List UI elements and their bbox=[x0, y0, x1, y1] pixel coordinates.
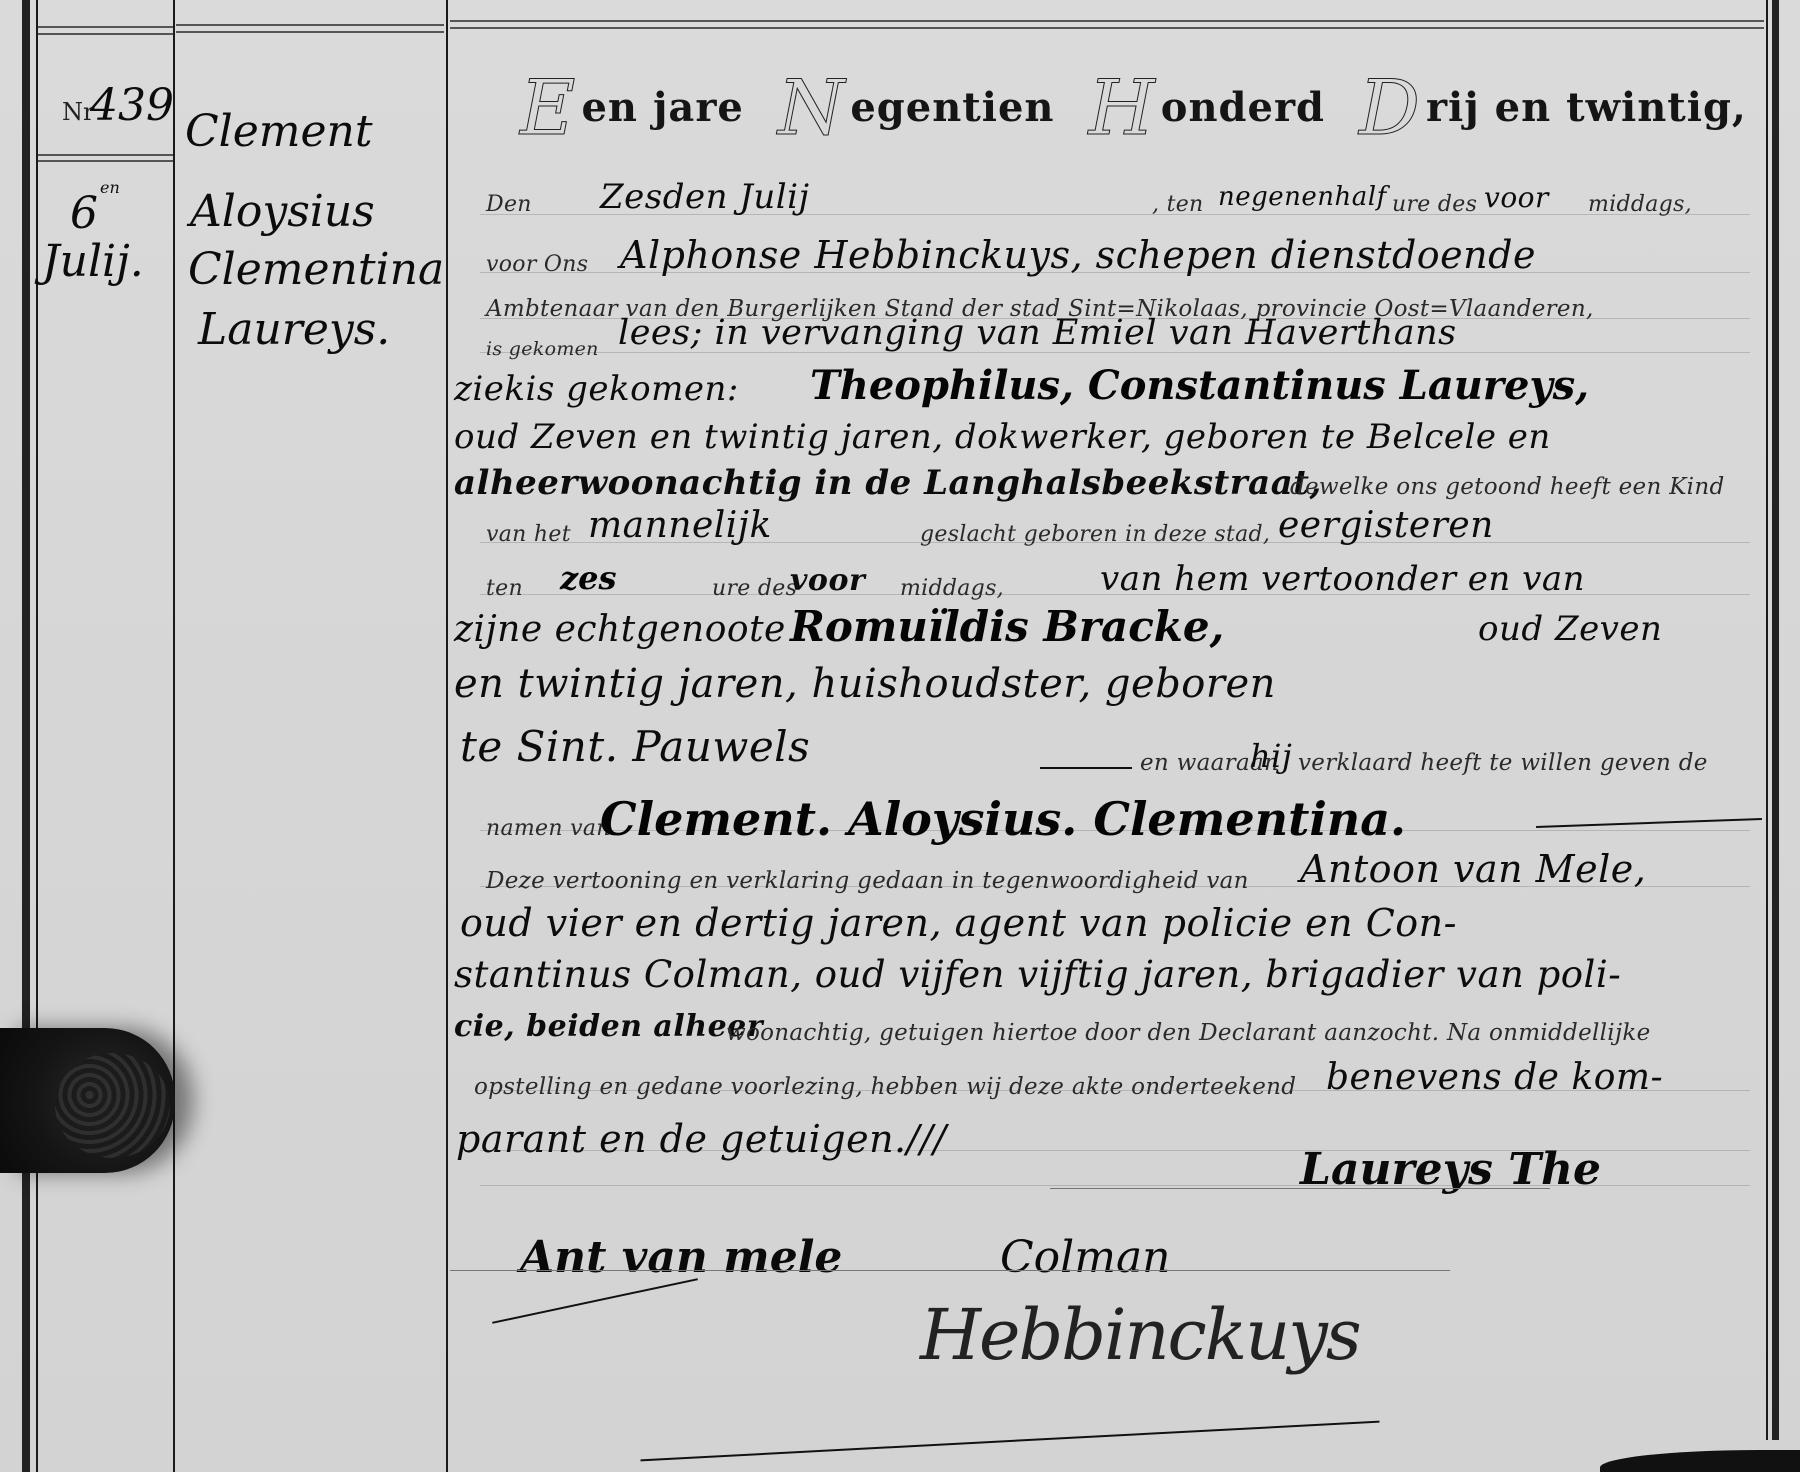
line-8-printed-1: ten bbox=[486, 578, 523, 600]
signature-line-2 bbox=[450, 1270, 1450, 1271]
line-11-hand-2: hij bbox=[1250, 740, 1292, 772]
child-name-3: Clementina bbox=[188, 248, 444, 292]
line-4-hand-bold: Theophilus, Constantinus Laureys, bbox=[810, 366, 1589, 406]
line-7-printed-1: van het bbox=[486, 524, 571, 546]
line-1-printed-1: voor Ons bbox=[486, 254, 588, 276]
line-6-printed-1: dewelke ons getoond heeft een Kind bbox=[1290, 476, 1724, 499]
line-12-printed-1: namen van bbox=[486, 818, 611, 840]
line-16-hand-1: cie, beiden alheer bbox=[454, 1012, 763, 1042]
line-0-hand-3: voor bbox=[1484, 184, 1549, 212]
register-page: Nr 439 6 en Julij. Clement Aloysius Clem… bbox=[0, 0, 1800, 1472]
child-name-1: Clement bbox=[185, 110, 373, 154]
title-word-1: en jare bbox=[581, 88, 743, 128]
line-17-hand-1: benevens de kom- bbox=[1326, 1060, 1663, 1096]
line-8-printed-2: ure des bbox=[712, 578, 797, 600]
line-4-hand-1: ziekis gekomen: bbox=[454, 372, 739, 406]
column-divider-1 bbox=[173, 0, 175, 1472]
top-rule-3 bbox=[176, 24, 444, 26]
line-14-hand-1: oud vier en dertig jaren, agent van poli… bbox=[460, 904, 1457, 942]
title-word-3: onderd bbox=[1161, 88, 1325, 128]
line-0-printed-4: middags, bbox=[1588, 194, 1692, 216]
line-11-dash bbox=[1040, 767, 1132, 769]
line-13-printed-1: Deze vertooning en verklaring gedaan in … bbox=[486, 870, 1249, 893]
top-rule-5 bbox=[450, 20, 1764, 22]
signature-official: Hebbinckuys bbox=[920, 1300, 1360, 1370]
line-10-hand-1: en twintig jaren, huishoudster, geboren bbox=[454, 664, 1276, 704]
top-rule-4 bbox=[176, 31, 444, 33]
title-cap-h: H bbox=[1089, 70, 1155, 146]
line-13-hand-1: Antoon van Mele, bbox=[1300, 850, 1646, 888]
line-3-hand-1: lees; in vervanging van Emiel van Havert… bbox=[618, 316, 1457, 351]
line-12-fill-line bbox=[1536, 818, 1762, 828]
child-name-2: Aloysius bbox=[190, 190, 375, 234]
gloved-finger bbox=[0, 1028, 175, 1173]
line-7-hand-1: mannelijk bbox=[588, 508, 772, 544]
line-6-hand-1: alheerwoonachtig in de Langhalsbeekstraa… bbox=[454, 466, 1322, 500]
title-word-2: egentien bbox=[850, 88, 1054, 128]
top-rule-6 bbox=[450, 27, 1764, 29]
line-8-hand-2: voor bbox=[790, 566, 865, 596]
line-9-hand-1: zijne echtgenoote bbox=[454, 612, 786, 648]
right-border-thick bbox=[1772, 0, 1779, 1440]
line-16-printed-1: woonachtig, getuigen hiertoe door den De… bbox=[726, 1022, 1651, 1045]
number-rule-1 bbox=[38, 154, 173, 156]
line-8-printed-3: middags, bbox=[900, 578, 1004, 600]
signature-line-1 bbox=[1050, 1188, 1550, 1189]
right-border-thin bbox=[1766, 0, 1768, 1440]
line-0-hand-1: Zesden Julij bbox=[600, 180, 810, 214]
signature-witness-1: Ant van mele bbox=[520, 1236, 842, 1280]
signature-witness-1-flourish bbox=[492, 1278, 698, 1324]
entry-number-value: 439 bbox=[90, 84, 174, 128]
left-border-thick bbox=[22, 0, 30, 1472]
line-11-hand-1: te Sint. Pauwels bbox=[460, 726, 810, 768]
entry-date-month: Julij. bbox=[42, 240, 144, 284]
line-11-printed-2: verklaard heeft te willen geven de bbox=[1298, 752, 1708, 775]
line-0-printed-1: Den bbox=[486, 194, 532, 216]
line-18-hand-1: parant en de getuigen./// bbox=[456, 1120, 947, 1158]
line-7-printed-2: geslacht geboren in deze stad, bbox=[920, 524, 1270, 546]
line-17-printed-1: opstelling en gedane voorlezing, hebben … bbox=[474, 1076, 1296, 1099]
line-9-hand-2: oud Zeven bbox=[1478, 612, 1662, 646]
line-0-printed-3: ure des bbox=[1392, 194, 1477, 216]
line-0-printed-2: , ten bbox=[1152, 194, 1204, 216]
line-8-hand-3: van hem vertoonder en van bbox=[1100, 562, 1585, 596]
page-corner-shadow bbox=[1600, 1450, 1800, 1472]
line-8-hand-1: zes bbox=[560, 562, 617, 594]
title-cap-n: N bbox=[778, 70, 845, 146]
entry-date-day-suffix: en bbox=[100, 180, 120, 196]
number-rule-2 bbox=[38, 160, 173, 162]
title-cap-d: D bbox=[1359, 70, 1420, 146]
line-3-printed-1: is gekomen bbox=[486, 340, 599, 359]
document-title: E en jare N egentien H onderd D rij en t… bbox=[520, 70, 1747, 146]
entry-date-day: 6 bbox=[70, 192, 98, 236]
line-0-hand-2: negenenhalf bbox=[1218, 184, 1387, 210]
line-5-hand-1: oud Zeven en twintig jaren, dokwerker, g… bbox=[454, 420, 1551, 454]
column-divider-2 bbox=[446, 0, 448, 1472]
child-name-4: Laureys. bbox=[198, 308, 390, 352]
top-rule-2 bbox=[38, 33, 173, 35]
left-border-thin bbox=[36, 0, 38, 1472]
title-word-4: rij en twintig, bbox=[1426, 88, 1747, 128]
line-12-hand-bold: Clement. Aloysius. Clementina. bbox=[600, 796, 1406, 842]
signature-witness-2: Colman bbox=[1000, 1236, 1171, 1280]
line-1-hand-1: Alphonse Hebbinckuys, schepen dienstdoen… bbox=[620, 236, 1536, 274]
signature-declarant: Laureys The bbox=[1300, 1148, 1601, 1192]
signature-official-flourish bbox=[640, 1421, 1379, 1462]
line-7-hand-2: eergisteren bbox=[1278, 508, 1494, 544]
line-9-hand-bold: Romuïldis Bracke, bbox=[790, 606, 1224, 648]
title-cap-e: E bbox=[520, 70, 575, 146]
line-15-hand-1: stantinus Colman, oud vijfen vijftig jar… bbox=[454, 956, 1621, 993]
top-rule-1 bbox=[38, 26, 173, 28]
